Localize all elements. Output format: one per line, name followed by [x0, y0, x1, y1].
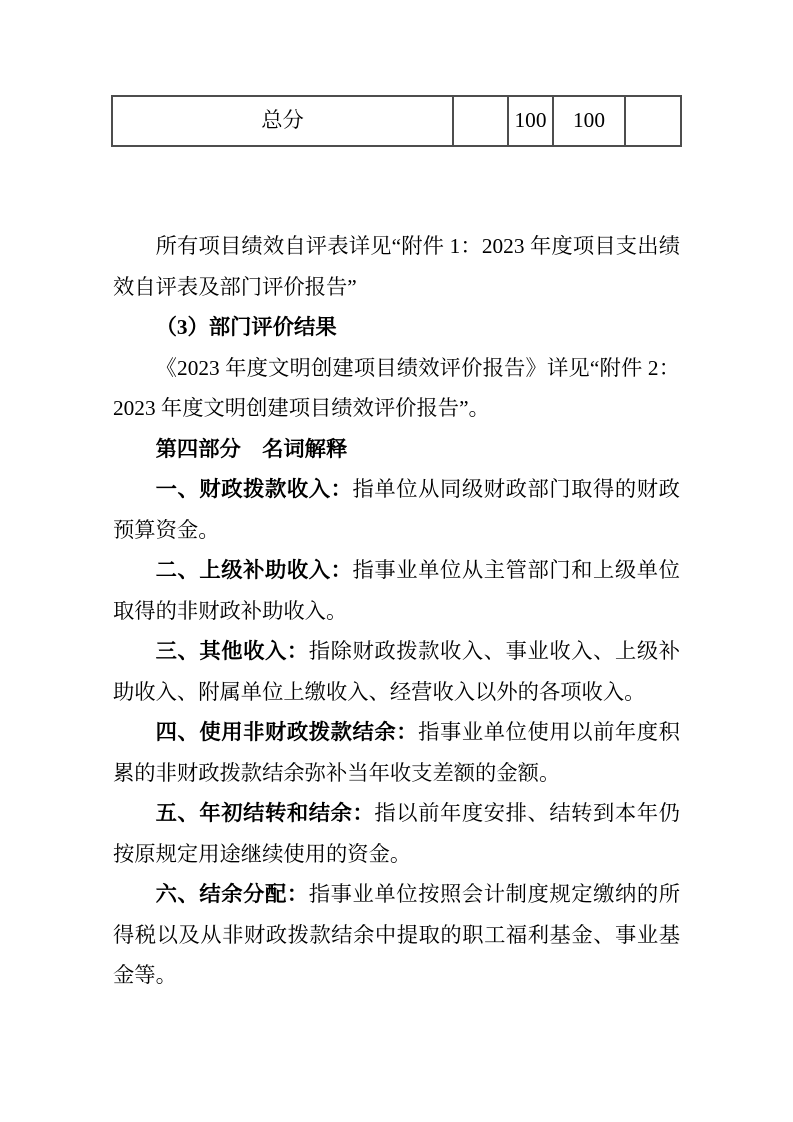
paragraph-attachment-note: 所有项目绩效自评表详见“附件 1：2023 年度项目支出绩效自评表及部门评价报告… — [113, 226, 680, 307]
document-body: 所有项目绩效自评表详见“附件 1：2023 年度项目支出绩效自评表及部门评价报告… — [113, 226, 680, 996]
term-label: 三、其他收入： — [156, 639, 309, 663]
term-label: 一、财政拨款收入： — [156, 477, 353, 501]
term-definition-balance-distribution: 六、结余分配：指事业单位按照会计制度规定缴纳的所得税以及从非财政拨款结余中提取的… — [113, 874, 680, 996]
term-definition-use-of-nonfiscal-balance: 四、使用非财政拨款结余：指事业单位使用以前年度积累的非财政拨款结余弥补当年收支差… — [113, 712, 680, 793]
heading-part4-glossary: 第四部分 名词解释 — [113, 429, 680, 470]
blank-cell — [453, 96, 508, 146]
score-summary-table: 总分 100 100 — [111, 95, 682, 147]
term-definition-fiscal-appropriation-income: 一、财政拨款收入：指单位从同级财政部门取得的财政预算资金。 — [113, 469, 680, 550]
term-label: 四、使用非财政拨款结余： — [156, 720, 418, 744]
blank-cell — [625, 96, 681, 146]
term-label: 二、上级补助收入： — [156, 558, 353, 582]
score-cell: 100 — [508, 96, 553, 146]
table-row: 总分 100 100 — [112, 96, 681, 146]
term-definition-other-income: 三、其他收入：指除财政拨款收入、事业收入、上级补助收入、附属单位上缴收入、经营收… — [113, 631, 680, 712]
score-cell: 100 — [553, 96, 625, 146]
paragraph-dept-eval-report: 《2023 年度文明创建项目绩效评价报告》详见“附件 2：2023 年度文明创建… — [113, 348, 680, 429]
document-page: 总分 100 100 所有项目绩效自评表详见“附件 1：2023 年度项目支出绩… — [0, 0, 793, 1122]
term-definition-superior-subsidy-income: 二、上级补助收入：指事业单位从主管部门和上级单位取得的非财政补助收入。 — [113, 550, 680, 631]
heading-dept-eval-result: （3）部门评价结果 — [113, 307, 680, 348]
term-definition-carryover-and-balance: 五、年初结转和结余：指以前年度安排、结转到本年仍按原规定用途继续使用的资金。 — [113, 793, 680, 874]
term-label: 五、年初结转和结余： — [156, 801, 375, 825]
total-label-cell: 总分 — [112, 96, 453, 146]
term-label: 六、结余分配： — [156, 882, 309, 906]
